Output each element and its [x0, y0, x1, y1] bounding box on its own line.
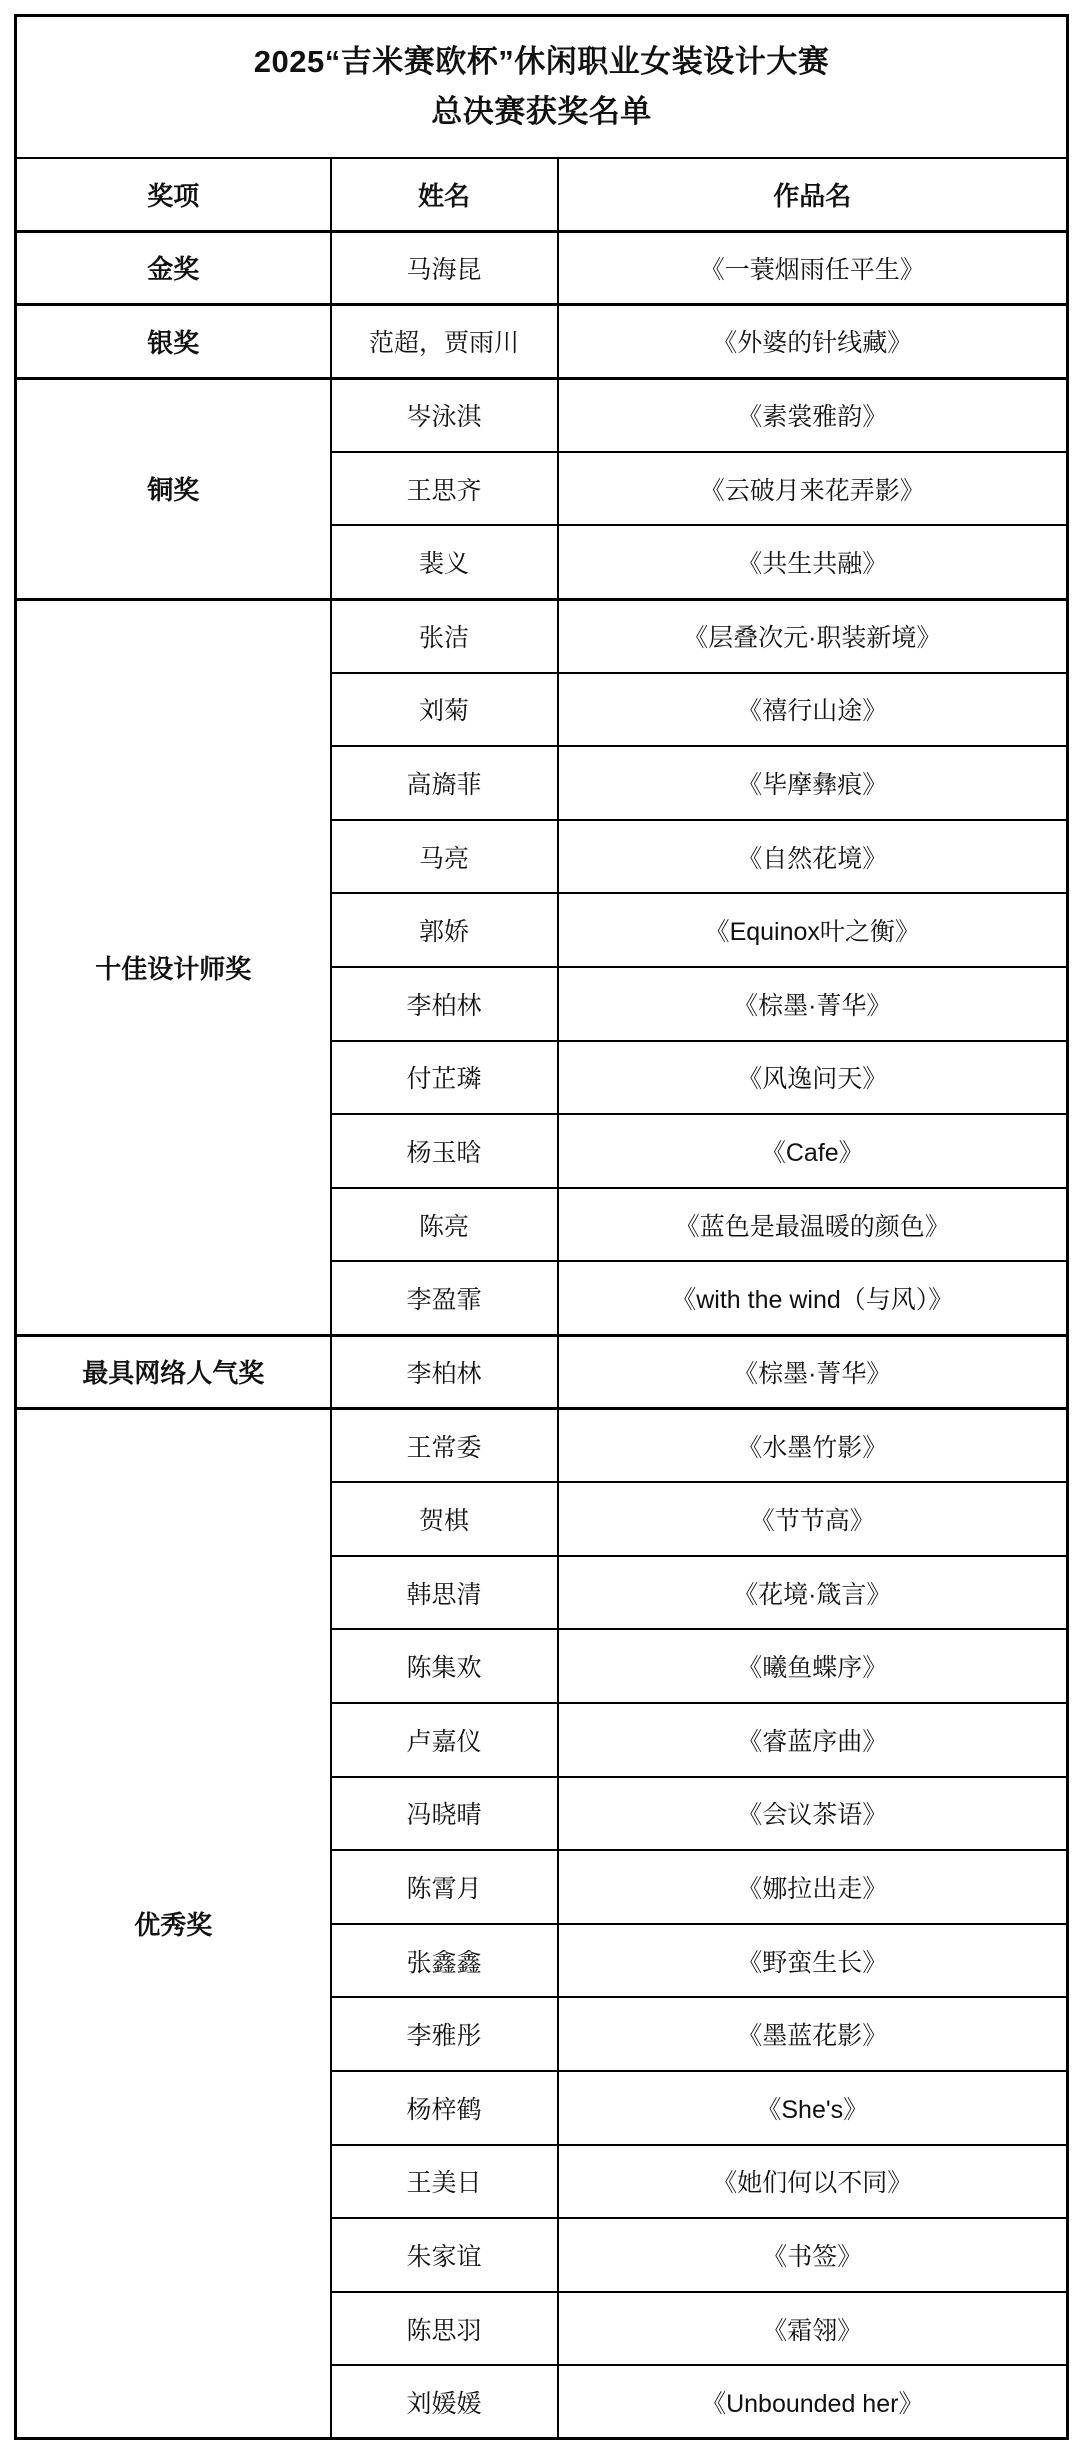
award-cell: 十佳设计师奖 — [16, 599, 331, 1335]
work-cell: 《棕墨·菁华》 — [558, 967, 1068, 1041]
work-cell: 《书签》 — [558, 2218, 1068, 2292]
award-cell: 银奖 — [16, 305, 331, 379]
work-cell: 《云破月来花弄影》 — [558, 452, 1068, 526]
work-cell: 《Equinox叶之衡》 — [558, 893, 1068, 967]
page: 2025“吉米赛欧杯”休闲职业女装设计大赛 总决赛获奖名单 奖项姓名作品名 金奖… — [0, 0, 1080, 2454]
name-cell: 岑泳淇 — [331, 378, 558, 452]
name-cell: 朱家谊 — [331, 2218, 558, 2292]
award-cell: 金奖 — [16, 231, 331, 305]
name-cell: 张洁 — [331, 599, 558, 673]
work-cell: 《层叠次元·职装新境》 — [558, 599, 1068, 673]
work-cell: 《自然花境》 — [558, 820, 1068, 894]
name-cell: 王美日 — [331, 2145, 558, 2219]
table-row: 优秀奖王常委《水墨竹影》 — [16, 1409, 1068, 1483]
work-cell: 《禧行山途》 — [558, 673, 1068, 747]
table-row: 铜奖岑泳淇《素裳雅韵》 — [16, 378, 1068, 452]
column-header-1: 姓名 — [331, 158, 558, 232]
column-header-0: 奖项 — [16, 158, 331, 232]
work-cell: 《睿蓝序曲》 — [558, 1703, 1068, 1777]
work-cell: 《节节高》 — [558, 1482, 1068, 1556]
work-cell: 《墨蓝花影》 — [558, 1997, 1068, 2071]
awards-table: 2025“吉米赛欧杯”休闲职业女装设计大赛 总决赛获奖名单 奖项姓名作品名 金奖… — [14, 14, 1069, 2440]
table-row: 金奖马海昆《一蓑烟雨任平生》 — [16, 231, 1068, 305]
name-cell: 高旖菲 — [331, 746, 558, 820]
name-cell: 刘菊 — [331, 673, 558, 747]
name-cell: 王思齐 — [331, 452, 558, 526]
name-cell: 李雅彤 — [331, 1997, 558, 2071]
name-cell: 卢嘉仪 — [331, 1703, 558, 1777]
title-row: 2025“吉米赛欧杯”休闲职业女装设计大赛 总决赛获奖名单 — [16, 16, 1068, 158]
work-cell: 《水墨竹影》 — [558, 1409, 1068, 1483]
table-row: 十佳设计师奖张洁《层叠次元·职装新境》 — [16, 599, 1068, 673]
name-cell: 陈集欢 — [331, 1629, 558, 1703]
work-cell: 《with the wind（与风）》 — [558, 1261, 1068, 1335]
title-line-2: 总决赛获奖名单 — [23, 87, 1060, 137]
table-row: 最具网络人气奖李柏林《棕墨·菁华》 — [16, 1335, 1068, 1409]
name-cell: 陈霄月 — [331, 1850, 558, 1924]
work-cell: 《曦鱼蝶序》 — [558, 1629, 1068, 1703]
name-cell: 范超，贾雨川 — [331, 305, 558, 379]
table-title: 2025“吉米赛欧杯”休闲职业女装设计大赛 总决赛获奖名单 — [16, 16, 1068, 158]
name-cell: 郭娇 — [331, 893, 558, 967]
work-cell: 《棕墨·菁华》 — [558, 1335, 1068, 1409]
work-cell: 《She's》 — [558, 2071, 1068, 2145]
name-cell: 李柏林 — [331, 967, 558, 1041]
name-cell: 陈思羽 — [331, 2292, 558, 2366]
name-cell: 陈亮 — [331, 1188, 558, 1262]
work-cell: 《Unbounded her》 — [558, 2365, 1068, 2439]
work-cell: 《素裳雅韵》 — [558, 378, 1068, 452]
header-row: 奖项姓名作品名 — [16, 158, 1068, 232]
work-cell: 《霜翎》 — [558, 2292, 1068, 2366]
table-row: 银奖范超，贾雨川《外婆的针线藏》 — [16, 305, 1068, 379]
column-header-2: 作品名 — [558, 158, 1068, 232]
name-cell: 刘媛媛 — [331, 2365, 558, 2439]
work-cell: 《娜拉出走》 — [558, 1850, 1068, 1924]
name-cell: 王常委 — [331, 1409, 558, 1483]
name-cell: 付芷璘 — [331, 1041, 558, 1115]
name-cell: 杨玉晗 — [331, 1114, 558, 1188]
award-cell: 最具网络人气奖 — [16, 1335, 331, 1409]
work-cell: 《她们何以不同》 — [558, 2145, 1068, 2219]
name-cell: 马海昆 — [331, 231, 558, 305]
work-cell: 《花境·箴言》 — [558, 1556, 1068, 1630]
work-cell: 《野蛮生长》 — [558, 1924, 1068, 1998]
award-cell: 铜奖 — [16, 378, 331, 599]
work-cell: 《共生共融》 — [558, 525, 1068, 599]
name-cell: 李盈霏 — [331, 1261, 558, 1335]
title-line-1: 2025“吉米赛欧杯”休闲职业女装设计大赛 — [23, 37, 1060, 87]
work-cell: 《Cafe》 — [558, 1114, 1068, 1188]
name-cell: 李柏林 — [331, 1335, 558, 1409]
work-cell: 《风逸问天》 — [558, 1041, 1068, 1115]
name-cell: 马亮 — [331, 820, 558, 894]
work-cell: 《一蓑烟雨任平生》 — [558, 231, 1068, 305]
name-cell: 冯晓晴 — [331, 1777, 558, 1851]
work-cell: 《外婆的针线藏》 — [558, 305, 1068, 379]
work-cell: 《毕摩彝痕》 — [558, 746, 1068, 820]
name-cell: 裴义 — [331, 525, 558, 599]
name-cell: 张鑫鑫 — [331, 1924, 558, 1998]
name-cell: 韩思清 — [331, 1556, 558, 1630]
name-cell: 贺棋 — [331, 1482, 558, 1556]
work-cell: 《会议茶语》 — [558, 1777, 1068, 1851]
name-cell: 杨梓鹤 — [331, 2071, 558, 2145]
work-cell: 《蓝色是最温暖的颜色》 — [558, 1188, 1068, 1262]
award-cell: 优秀奖 — [16, 1409, 331, 2439]
